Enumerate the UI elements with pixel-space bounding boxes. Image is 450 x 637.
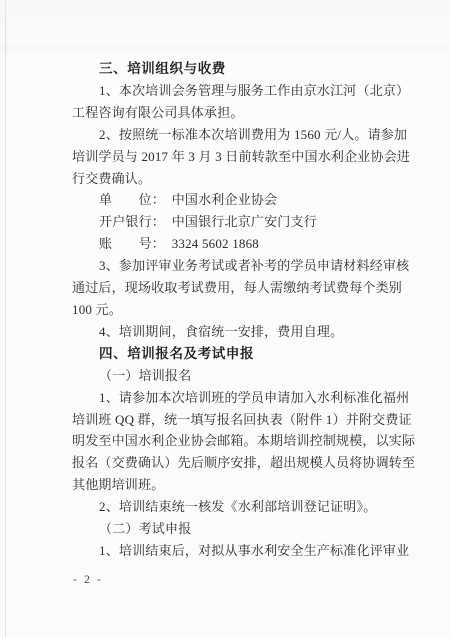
- subsection-heading-1: （一）培训报名: [72, 365, 402, 387]
- doc-line: 培训班 QQ 群，统一填写报名回执表（附件 1）并附交费证: [72, 409, 402, 431]
- document-body: 三、培训组织与收费 1、本次培训会务管理与服务工作由京水江河（北京） 工程咨询有…: [72, 58, 402, 562]
- doc-line: 1、请参加本次培训班的学员申请加入水利标准化福州: [72, 387, 402, 409]
- scan-smudge-artifact: [0, 44, 450, 53]
- scanned-document-page: 三、培训组织与收费 1、本次培训会务管理与服务工作由京水江河（北京） 工程咨询有…: [0, 0, 450, 637]
- doc-line: 1、本次培训会务管理与服务工作由京水江河（北京）: [72, 80, 402, 102]
- doc-line: 培训学员与 2017 年 3 月 3 日前转款至中国水利企业协会进: [72, 146, 402, 168]
- doc-line: 通过后，现场收取考试费用，每人需缴纳考试费每个类别: [72, 277, 402, 299]
- doc-line: 其他期培训班。: [72, 474, 402, 496]
- subsection-heading-2: （二）考试申报: [72, 518, 402, 540]
- doc-line: 1、培训结束后，对拟从事水利安全生产标准化评审业: [72, 540, 402, 562]
- doc-line: 2、培训结束统一核发《水利部培训登记证明》。: [72, 496, 402, 518]
- doc-line: 报名（交费确认）先后顺序安排，超出规模人员将协调转至: [72, 452, 402, 474]
- doc-line: 100 元。: [72, 299, 402, 321]
- doc-line: 3、参加评审业务考试或者补考的学员申请材料经审核: [72, 255, 402, 277]
- scan-edge-artifact: [5, 0, 6, 637]
- bank-account-name-line: 单 位： 中国水利企业协会: [72, 189, 402, 211]
- section-heading-4: 四、培训报名及考试申报: [72, 343, 402, 365]
- doc-line: 2、按照统一标准本次培训费用为 1560 元/人。请参加: [72, 124, 402, 146]
- page-number: - 2 -: [73, 572, 103, 587]
- doc-line: 4、培训期间，食宿统一安排，费用自理。: [72, 321, 402, 343]
- section-heading-3: 三、培训组织与收费: [72, 58, 402, 80]
- doc-line: 明发至中国水利企业协会邮箱。本期培训控制规模，以实际: [72, 430, 402, 452]
- bank-account-number-line: 账 号： 3324 5602 1868: [72, 233, 402, 255]
- bank-branch-line: 开户银行： 中国银行北京广安门支行: [72, 211, 402, 233]
- doc-line: 行交费确认。: [72, 168, 402, 190]
- doc-line: 工程咨询有限公司具体承担。: [72, 102, 402, 124]
